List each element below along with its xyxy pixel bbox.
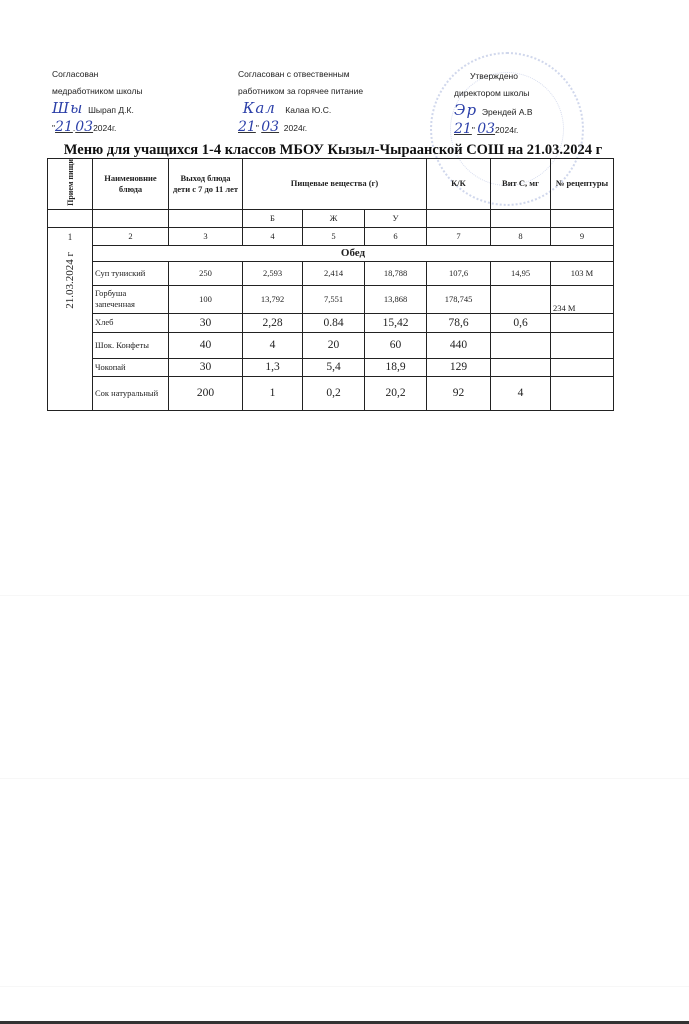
kcal: 92 (427, 376, 491, 410)
fat: 0.84 (303, 313, 365, 332)
scan-artifact (0, 595, 689, 596)
kcal: 107,6 (427, 261, 491, 285)
approval-title: Согласован (52, 66, 143, 83)
protein: 13,792 (243, 285, 303, 313)
dish-name: Шок. Конфеты (93, 332, 169, 358)
protein: 1,3 (243, 358, 303, 376)
dish-name: Сок натуральный (93, 376, 169, 410)
menu-table: Прием пищи Наименовние блюда Выход блюда… (47, 158, 614, 411)
date-month: 03 (75, 119, 93, 135)
header-nutrients: Пищевые вещества (г) (243, 159, 427, 210)
column-number: 5 (303, 227, 365, 245)
dish-name: Суп туниский (93, 261, 169, 285)
table-row: Чокопай 30 1,3 5,4 18,9 129 (48, 358, 614, 376)
date-month: 03 (477, 121, 495, 137)
fat: 2,414 (303, 261, 365, 285)
subheader-carbs: У (365, 209, 427, 227)
dish-name: Хлеб (93, 313, 169, 332)
recipe-number (551, 332, 614, 358)
protein: 2,28 (243, 313, 303, 332)
approver-name: Калаа Ю.С. (285, 105, 331, 115)
date-label: 21.03.2024 г (64, 252, 76, 309)
approval-director: Утверждено директором школы Эр Эрендей А… (454, 68, 533, 139)
date-day: 21 (454, 121, 472, 137)
fat: 0,2 (303, 376, 365, 410)
protein: 2,593 (243, 261, 303, 285)
carbs: 15,42 (365, 313, 427, 332)
subheader-fat: Ж (303, 209, 365, 227)
approval-position: директором школы (454, 85, 533, 102)
recipe-number: 234 М (551, 285, 614, 313)
dish-name: Горбуша запеченная (93, 285, 169, 313)
section-label: Обед (93, 245, 614, 261)
scan-artifact (0, 778, 689, 779)
portion: 30 (169, 358, 243, 376)
kcal: 178,745 (427, 285, 491, 313)
header-meal: Прием пищи (48, 159, 93, 210)
column-number: 9 (551, 227, 614, 245)
approver-name: Эрендей А.В (482, 107, 533, 117)
fat: 5,4 (303, 358, 365, 376)
portion: 250 (169, 261, 243, 285)
signature: Шы (52, 99, 83, 117)
header-row: Прием пищи Наименовние блюда Выход блюда… (48, 159, 614, 210)
table-row: Горбуша запеченная 100 13,792 7,551 13,8… (48, 285, 614, 313)
approval-title: Согласован с отвественным (238, 66, 363, 83)
carbs: 18,788 (365, 261, 427, 285)
column-number-row: 1 21.03.2024 г 2 3 4 5 6 7 8 9 (48, 227, 614, 245)
date-day: 21 (238, 119, 256, 135)
subheader-protein: Б (243, 209, 303, 227)
carbs: 60 (365, 332, 427, 358)
column-number: 7 (427, 227, 491, 245)
carbs: 18,9 (365, 358, 427, 376)
kcal: 78,6 (427, 313, 491, 332)
approval-year: 2024г. (495, 125, 518, 135)
vitamin-c (491, 332, 551, 358)
table-row: Хлеб 30 2,28 0.84 15,42 78,6 0,6 (48, 313, 614, 332)
recipe-number: 103 М (551, 261, 614, 285)
date-month: 03 (261, 119, 279, 135)
document-title: Меню для учащихся 1-4 классов МБОУ Кызыл… (48, 142, 618, 159)
header-kcal: К/К (427, 159, 491, 210)
vitamin-c: 0,6 (491, 313, 551, 332)
date-day: 21 (55, 119, 73, 135)
header-portion: Выход блюда дети с 7 до 11 лет (169, 159, 243, 210)
approval-medical: Согласован медработником школы Шы Шырап … (52, 66, 143, 137)
portion: 100 (169, 285, 243, 313)
vitamin-c (491, 285, 551, 313)
header-dish: Наименовние блюда (93, 159, 169, 210)
portion: 30 (169, 313, 243, 332)
portion: 200 (169, 376, 243, 410)
approval-title: Утверждено (454, 68, 533, 85)
scan-artifact (0, 986, 689, 987)
recipe-number (551, 358, 614, 376)
column-number: 3 (169, 227, 243, 245)
approval-year: 2024г. (284, 123, 307, 133)
section-row: Обед (48, 245, 614, 261)
recipe-number (551, 376, 614, 410)
vitamin-c: 14,95 (491, 261, 551, 285)
table-row: Шок. Конфеты 40 4 20 60 440 (48, 332, 614, 358)
column-number: 4 (243, 227, 303, 245)
recipe-number (551, 313, 614, 332)
fat: 20 (303, 332, 365, 358)
approval-position: медработником школы (52, 83, 143, 100)
table-row: Суп туниский 250 2,593 2,414 18,788 107,… (48, 261, 614, 285)
header-recipe: № рецептуры (551, 159, 614, 210)
table-row: Сок натуральный 200 1 0,2 20,2 92 4 (48, 376, 614, 410)
carbs: 20,2 (365, 376, 427, 410)
header-vitc: Вит С, мг (491, 159, 551, 210)
column-number: 2 (93, 227, 169, 245)
protein: 1 (243, 376, 303, 410)
vitamin-c (491, 358, 551, 376)
column-number: 6 (365, 227, 427, 245)
carbs: 13,868 (365, 285, 427, 313)
kcal: 129 (427, 358, 491, 376)
kcal: 440 (427, 332, 491, 358)
column-number: 1 (50, 232, 90, 242)
column-number: 8 (491, 227, 551, 245)
approval-position: работником за горячее питание (238, 83, 363, 100)
subheader-row: Б Ж У (48, 209, 614, 227)
signature: Эр (454, 101, 477, 119)
protein: 4 (243, 332, 303, 358)
approval-year: 2024г. (93, 123, 116, 133)
date-cell: 1 21.03.2024 г (48, 227, 93, 410)
fat: 7,551 (303, 285, 365, 313)
portion: 40 (169, 332, 243, 358)
vitamin-c: 4 (491, 376, 551, 410)
approval-hot-meals: Согласован с отвественным работником за … (238, 66, 363, 137)
approver-name: Шырап Д.К. (88, 105, 134, 115)
signature: Кал (243, 99, 276, 117)
dish-name: Чокопай (93, 358, 169, 376)
